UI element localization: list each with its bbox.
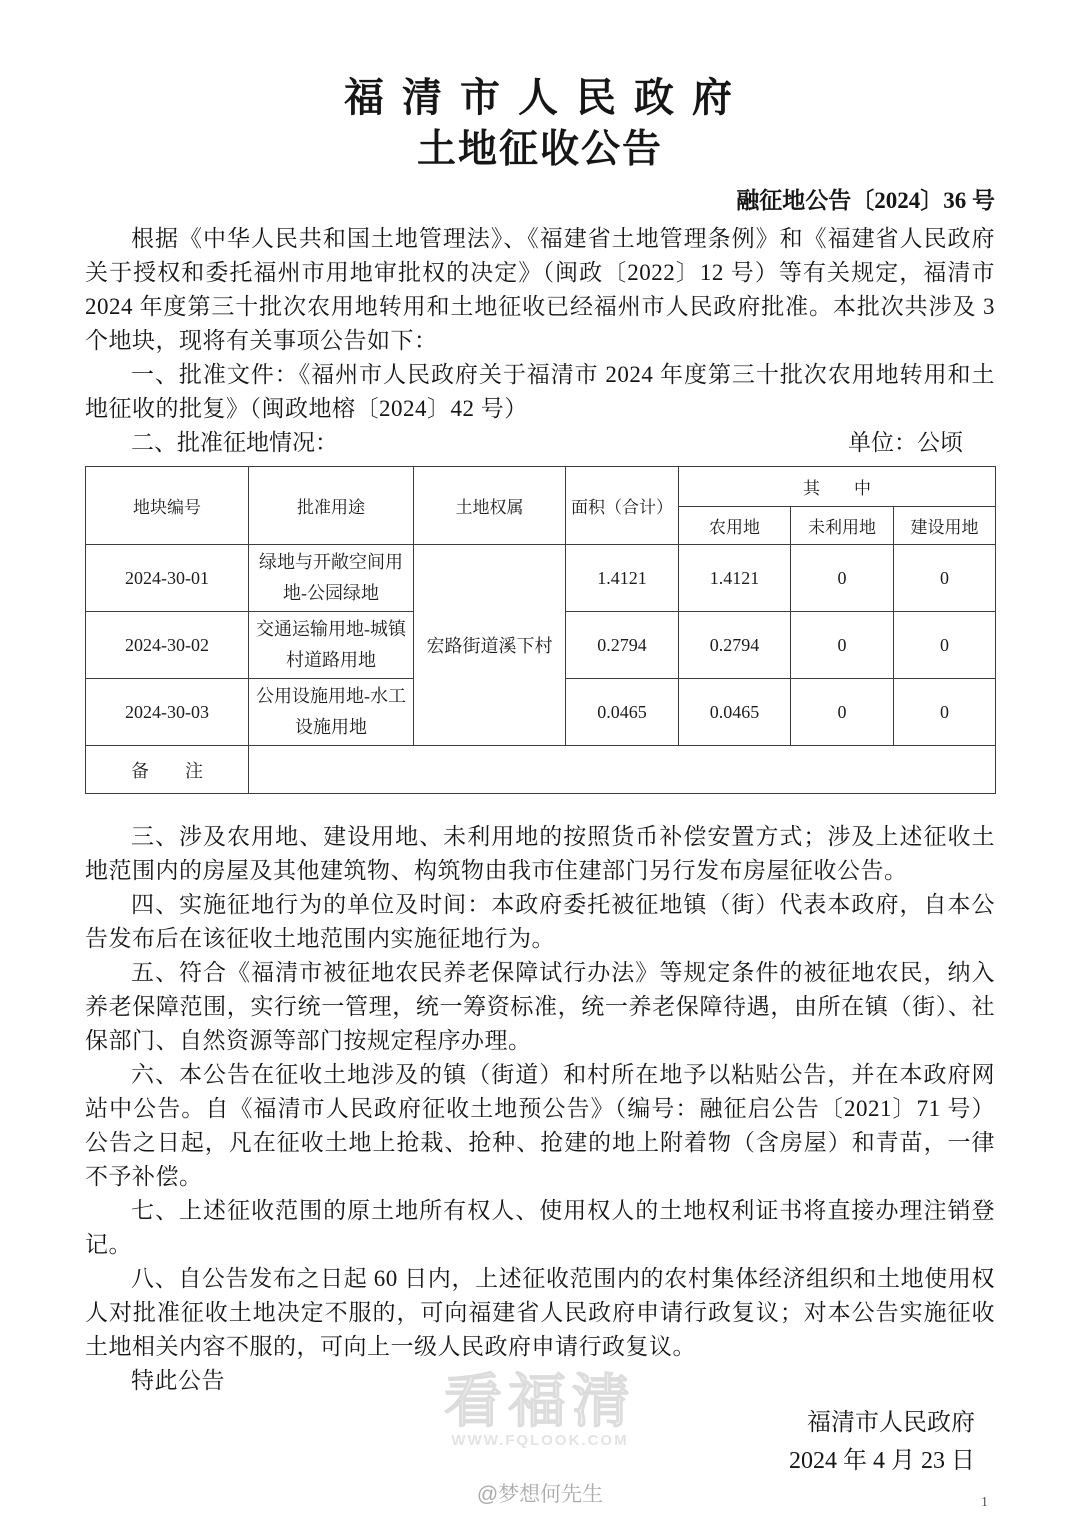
paragraph-item7-deregistration: 七、上述征收范围的原土地所有权人、使用权人的土地权利证书将直接办理注销登记。 [85,1194,995,1262]
paragraph-item8-review: 八、自公告发布之日起 60 日内，上述征收范围内的农村集体经济组织和土地使用权人… [85,1262,995,1364]
cell-area-total: 0.2794 [566,612,679,679]
table-remark-row: 备 注 [86,746,996,794]
col-header-construction: 建设用地 [894,507,996,545]
cell-construction: 0 [894,545,996,612]
cell-purpose: 交通运输用地-城镇村道路用地 [249,612,414,679]
watermark-credit-text: @梦想何先生 [0,1478,1080,1508]
section2-heading-row: 二、批准征地情况： 单位：公顷 [85,426,995,460]
document-page: 看福清 WWW.FQLOOK.COM @梦想何先生 福 清 市 人 民 政 府 … [0,0,1080,1527]
col-header-group-among: 其 中 [679,467,996,507]
col-header-unused: 未利用地 [791,507,894,545]
cell-construction: 0 [894,679,996,746]
paragraph-closing: 特此公告 [85,1364,995,1398]
cell-unused: 0 [791,545,894,612]
cell-unused: 0 [791,679,894,746]
cell-agricultural: 0.2794 [679,612,791,679]
paragraph-item4-implementing-unit: 四、实施征地行为的单位及时间：本政府委托被征地镇（街）代表本政府，自本公告发布后… [85,888,995,956]
cell-agricultural: 0.0465 [679,679,791,746]
cell-plot-id: 2024-30-01 [86,545,249,612]
cell-area-total: 0.0465 [566,679,679,746]
col-header-purpose: 批准用途 [249,467,414,545]
table-header-row-1: 地块编号 批准用途 土地权属 面积（合计） 其 中 [86,467,996,507]
unit-label: 单位：公顷 [848,426,995,460]
signature-date: 2024 年 4 月 23 日 [85,1442,975,1480]
remark-value [249,746,996,794]
signature-block: 福清市人民政府 2024 年 4 月 23 日 [85,1404,995,1480]
col-header-agricultural: 农用地 [679,507,791,545]
cell-purpose: 公用设施用地-水工设施用地 [249,679,414,746]
paragraph-item5-pension: 五、符合《福清市被征地农民养老保障试行办法》等规定条件的被征地农民，纳入养老保障… [85,956,995,1058]
doc-number: 融征地公告〔2024〕36 号 [85,186,995,216]
cell-plot-id: 2024-30-02 [86,612,249,679]
paragraph-item3-compensation: 三、涉及农用地、建设用地、未利用地的按照货币补偿安置方式；涉及上述征收土地范围内… [85,820,995,888]
cell-area-total: 1.4121 [566,545,679,612]
cell-agricultural: 1.4121 [679,545,791,612]
cell-purpose: 绿地与开敞空间用地-公园绿地 [249,545,414,612]
col-header-plot-id: 地块编号 [86,467,249,545]
paragraph-intro: 根据《中华人民共和国土地管理法》、《福建省土地管理条例》和《福建省人民政府关于授… [85,222,995,358]
cell-ownership-merged: 宏路街道溪下村 [414,545,566,746]
col-header-ownership: 土地权属 [414,467,566,545]
cell-construction: 0 [894,612,996,679]
land-acquisition-table: 地块编号 批准用途 土地权属 面积（合计） 其 中 农用地 未利用地 建设用地 … [85,466,996,794]
remark-label: 备 注 [86,746,249,794]
page-number: 1 [981,1495,988,1511]
page-subtitle: 土地征收公告 [85,124,995,176]
cell-unused: 0 [791,612,894,679]
cell-plot-id: 2024-30-03 [86,679,249,746]
document-content: 福 清 市 人 民 政 府 土地征收公告 融征地公告〔2024〕36 号 根据《… [0,0,1080,1480]
signature-issuer: 福清市人民政府 [85,1404,975,1442]
table-row: 2024-30-01 绿地与开敞空间用地-公园绿地 宏路街道溪下村 1.4121… [86,545,996,612]
paragraph-item1-approval-document: 一、批准文件：《福州市人民政府关于福清市 2024 年度第三十批次农用地转用和土… [85,358,995,426]
col-header-area-total: 面积（合计） [566,467,679,545]
paragraph-item2-label: 二、批准征地情况： [131,426,338,460]
page-title: 福 清 市 人 民 政 府 [85,72,995,124]
paragraph-item6-posting: 六、本公告在征收土地涉及的镇（街道）和村所在地予以粘贴公告，并在本政府网站中公告… [85,1058,995,1194]
